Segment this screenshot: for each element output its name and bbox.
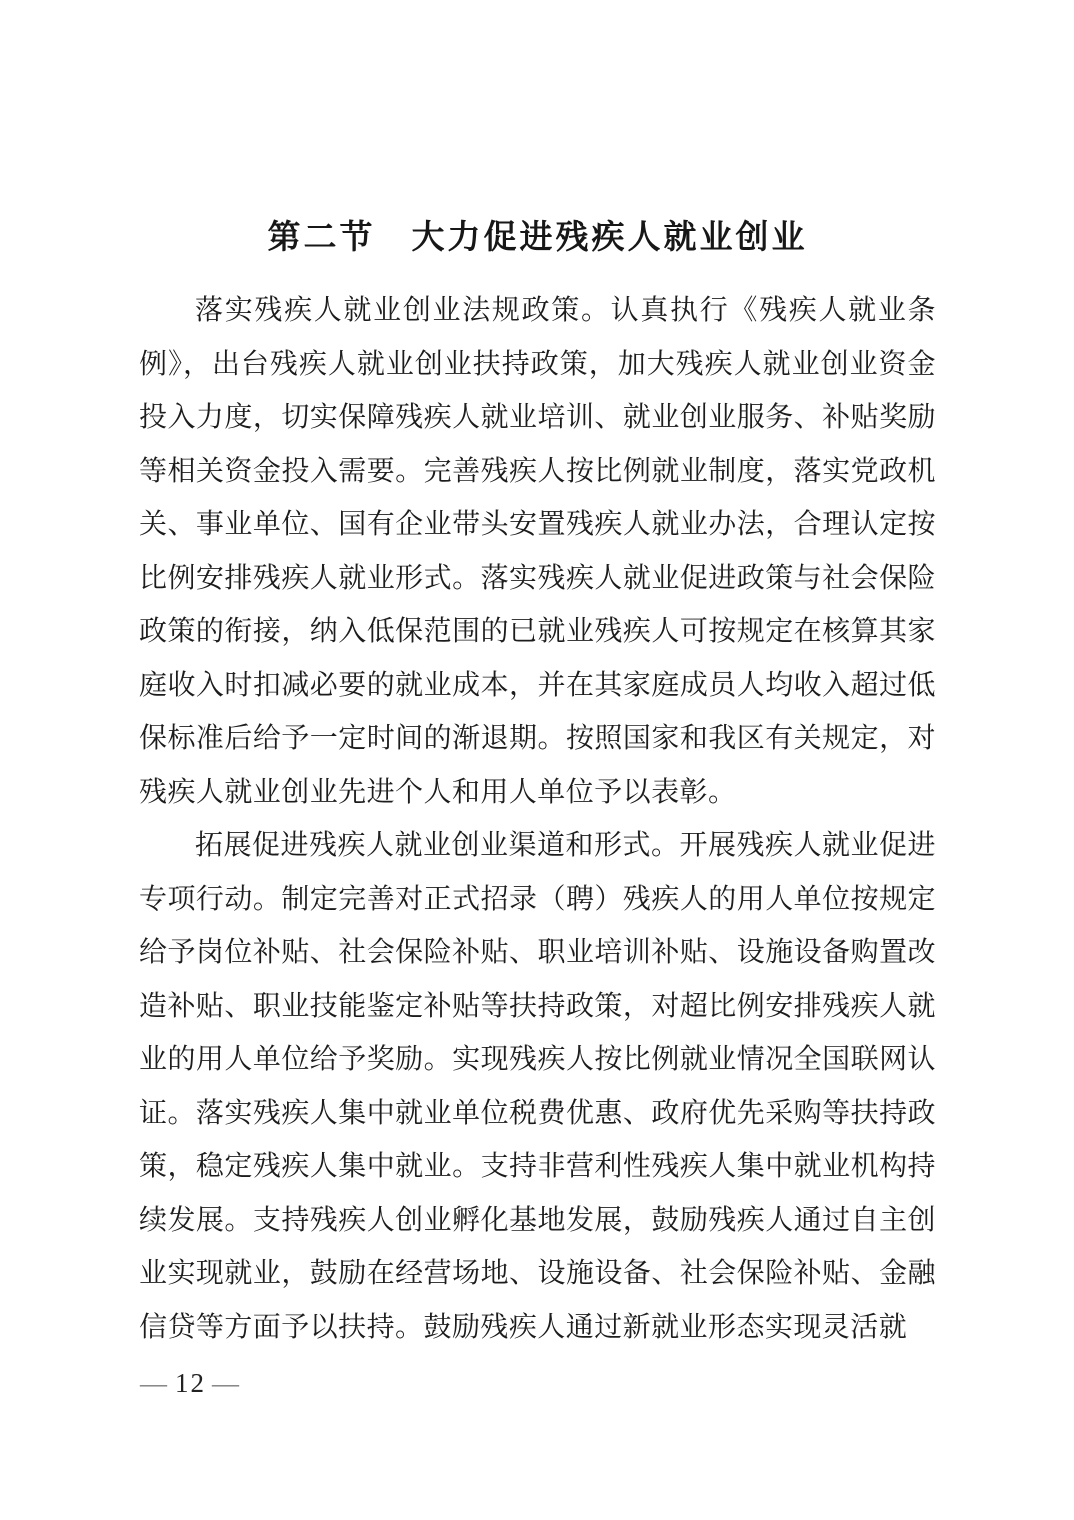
- document-page: 第二节 大力促进残疾人就业创业 落实残疾人就业创业法规政策。认真执行《残疾人就业…: [0, 0, 1074, 1520]
- page-number: 12: [175, 1368, 206, 1399]
- body-paragraph-2: 拓展促进残疾人就业创业渠道和形式。开展残疾人就业促进专项行动。制定完善对正式招录…: [139, 819, 936, 1354]
- section-title: 第二节 大力促进残疾人就业创业: [139, 214, 936, 262]
- body-paragraph-1: 落实残疾人就业创业法规政策。认真执行《残疾人就业条例》，出台残疾人就业创业扶持政…: [139, 284, 936, 819]
- page-footer: — 12 —: [140, 1368, 241, 1399]
- text-column: 第二节 大力促进残疾人就业创业 落实残疾人就业创业法规政策。认真执行《残疾人就业…: [139, 214, 936, 1354]
- footer-dash-right: —: [212, 1368, 241, 1399]
- footer-dash-left: —: [140, 1368, 169, 1399]
